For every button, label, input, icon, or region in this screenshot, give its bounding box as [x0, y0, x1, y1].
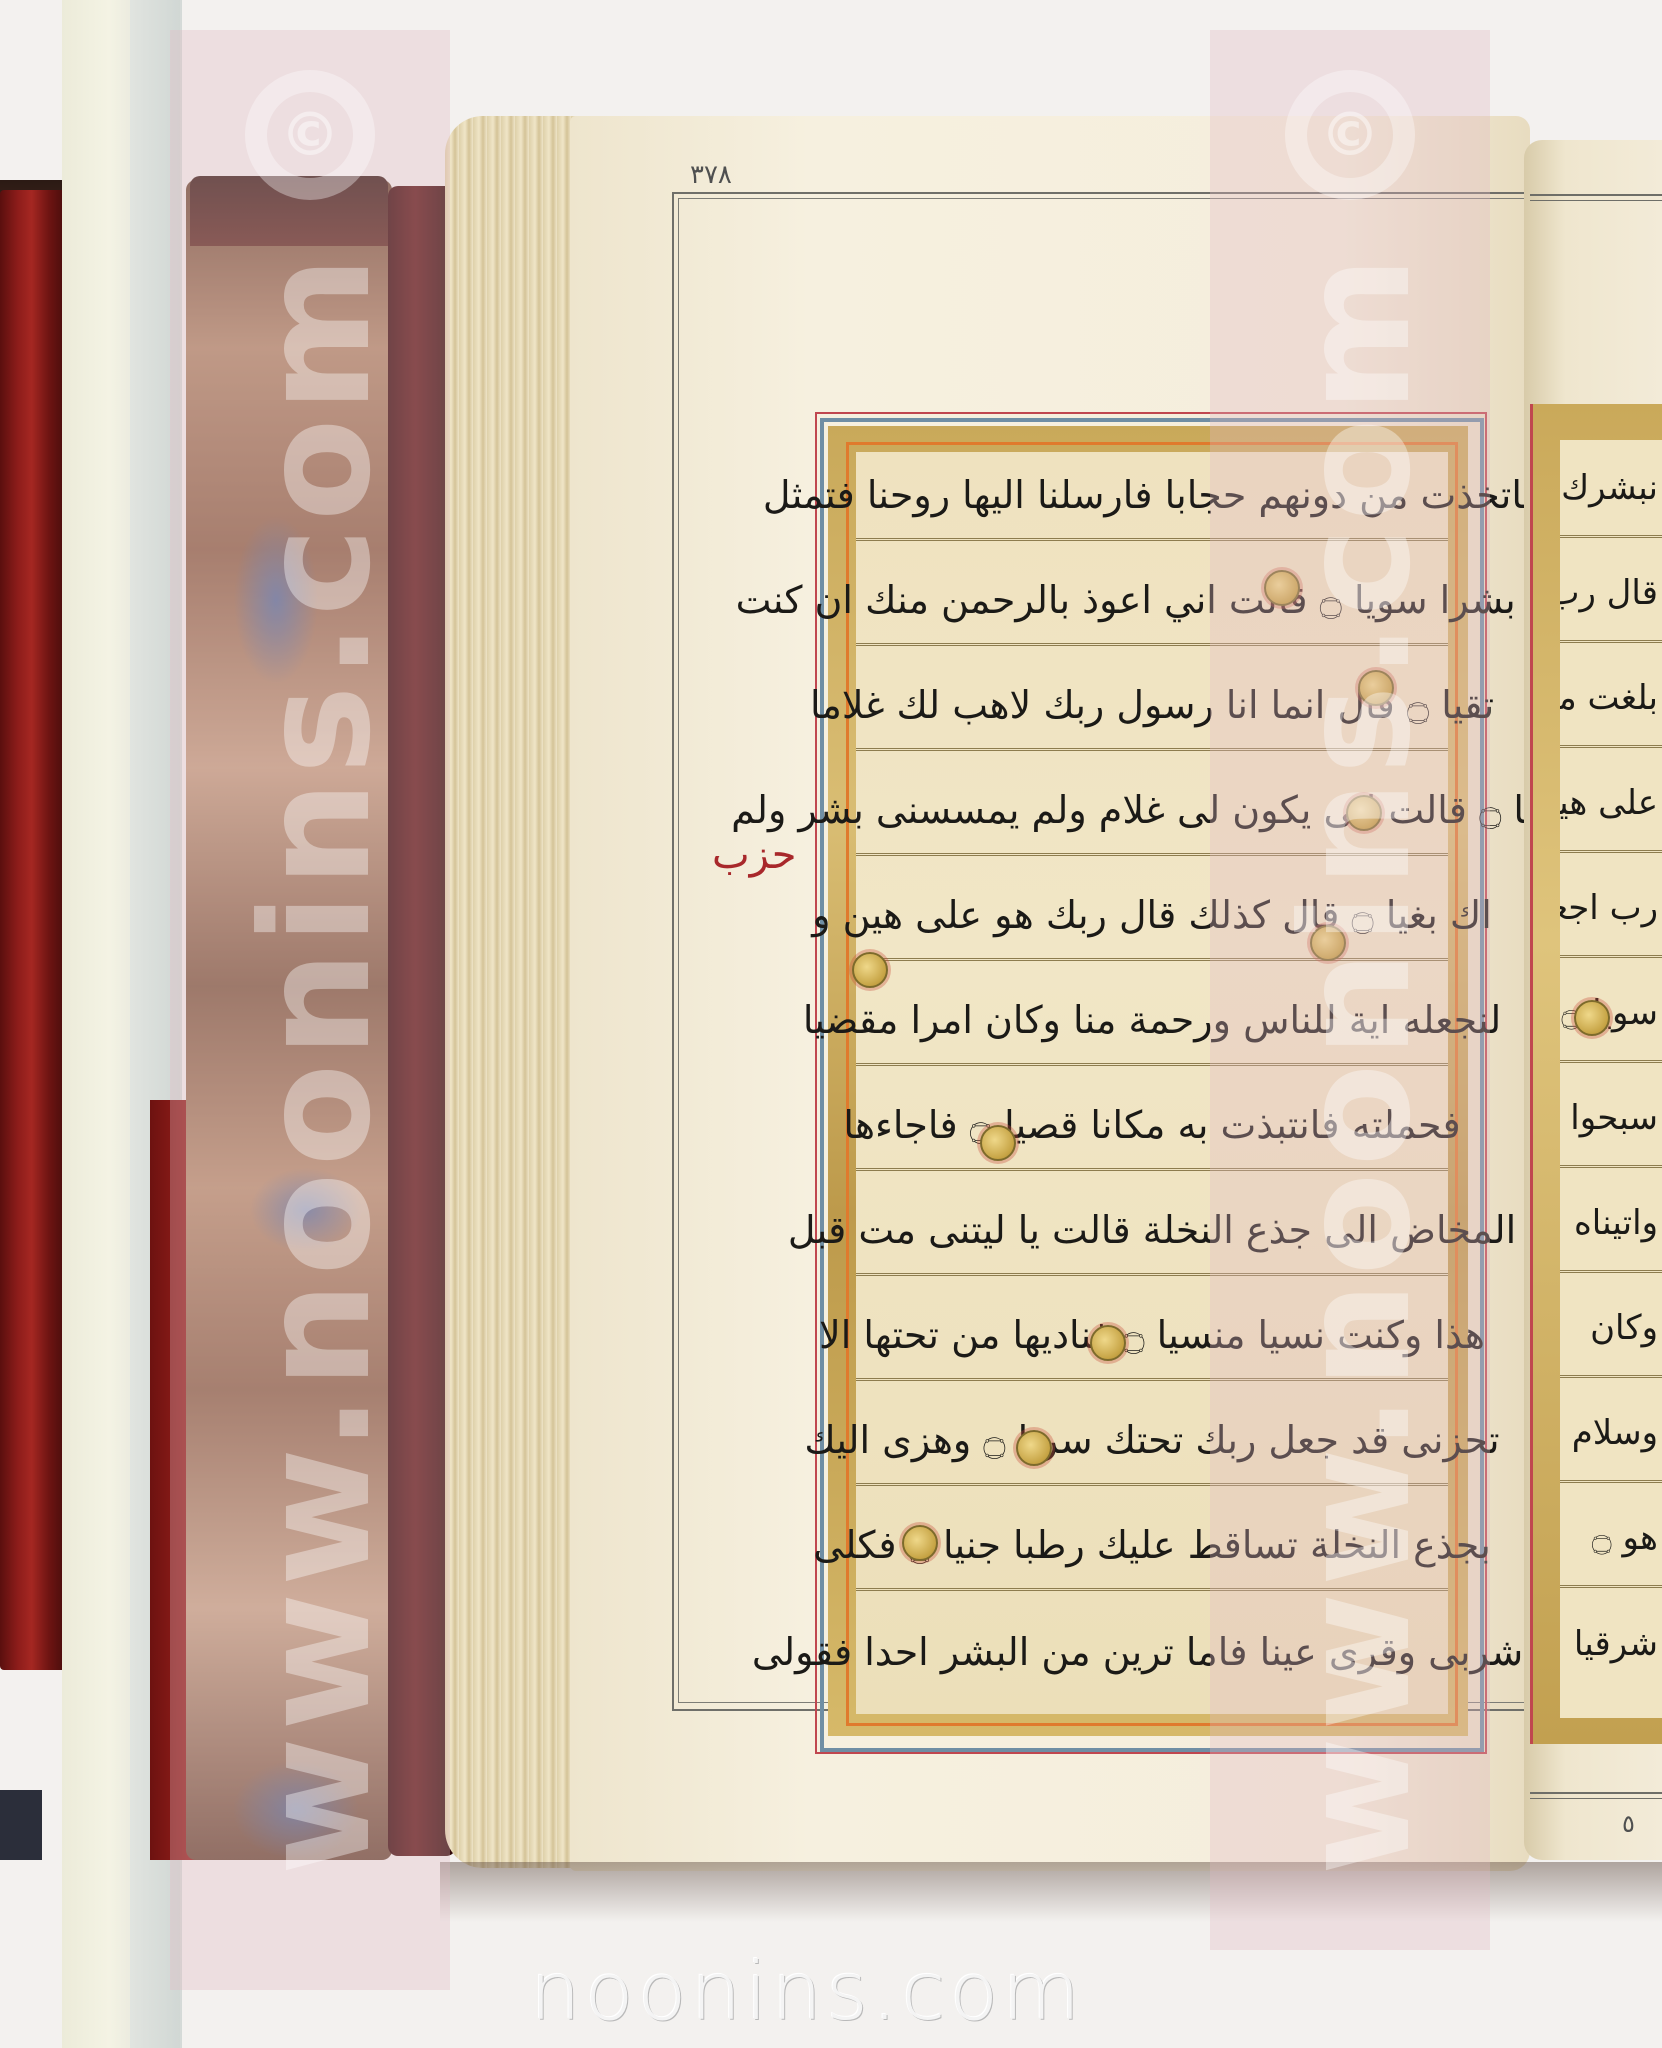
calligraphy-fragment: نبشرك: [1561, 468, 1662, 508]
right-page-bottom-rule: [1530, 1792, 1662, 1799]
text-line: هو ۝: [1560, 1490, 1662, 1588]
text-line: سبحوا: [1560, 1070, 1662, 1168]
calligraphy-fragment: واتيناه: [1574, 1203, 1662, 1243]
text-line: وسلام: [1560, 1385, 1662, 1483]
text-line: قال رب: [1560, 545, 1662, 643]
calligraphy-fragment: شرقيا: [1574, 1624, 1662, 1664]
calligraphy-fragment: قال رب: [1560, 573, 1662, 613]
watermark-vertical-text: www.noonins.com: [230, 250, 404, 1876]
right-page-text-panel: نبشرك قال رب بلغت من على هين رب اجعل سوي…: [1560, 440, 1662, 1718]
watermark-vertical-text: www.noonins.com: [1270, 250, 1444, 1876]
calligraphy-fragment: بلغت من: [1560, 678, 1662, 718]
calligraphy-fragment: وكان: [1590, 1308, 1662, 1348]
verse-marker-rosette-icon: [980, 1125, 1016, 1161]
calligraphy-fragment: هو ۝: [1592, 1517, 1662, 1558]
verse-marker-rosette-icon: [1016, 1430, 1052, 1466]
copyright-icon: ©: [245, 70, 375, 200]
text-line: نبشرك: [1560, 440, 1662, 538]
calligraphy-fragment: سبحوا: [1570, 1098, 1662, 1138]
verse-marker-rosette-icon: [1574, 1000, 1610, 1036]
verse-marker-rosette-icon: [1090, 1325, 1126, 1361]
verse-marker-rosette-icon: [852, 952, 888, 988]
calligraphy-fragment: وسلام: [1572, 1413, 1662, 1453]
far-volume-spine-foot: [0, 1790, 42, 1860]
text-line: رب اجعل: [1560, 860, 1662, 958]
verse-marker-rosette-icon: [902, 1525, 938, 1561]
text-line: وكان: [1560, 1280, 1662, 1378]
watermark-strip-right: © www.noonins.com: [1210, 30, 1490, 1950]
text-line: شرقيا: [1560, 1595, 1662, 1693]
far-volume-red-spine: [0, 190, 70, 1670]
text-line: واتيناه: [1560, 1175, 1662, 1273]
hizb-margin-note: حزب: [712, 832, 796, 878]
text-line: بلغت من: [1560, 650, 1662, 748]
watermark-bottom-text: noonins.com: [530, 1945, 1084, 2038]
right-page-folio-mark: ٥: [1622, 1810, 1635, 1838]
calligraphy-fragment: رب اجعل: [1560, 888, 1662, 928]
folio-number: ٣٧٨: [690, 160, 732, 190]
calligraphy-fragment: على هين: [1560, 783, 1662, 823]
copyright-icon: ©: [1285, 70, 1415, 200]
watermark-strip-left: © www.noonins.com: [170, 30, 450, 1990]
text-line: على هين: [1560, 755, 1662, 853]
right-page-top-rule: [1530, 194, 1662, 201]
